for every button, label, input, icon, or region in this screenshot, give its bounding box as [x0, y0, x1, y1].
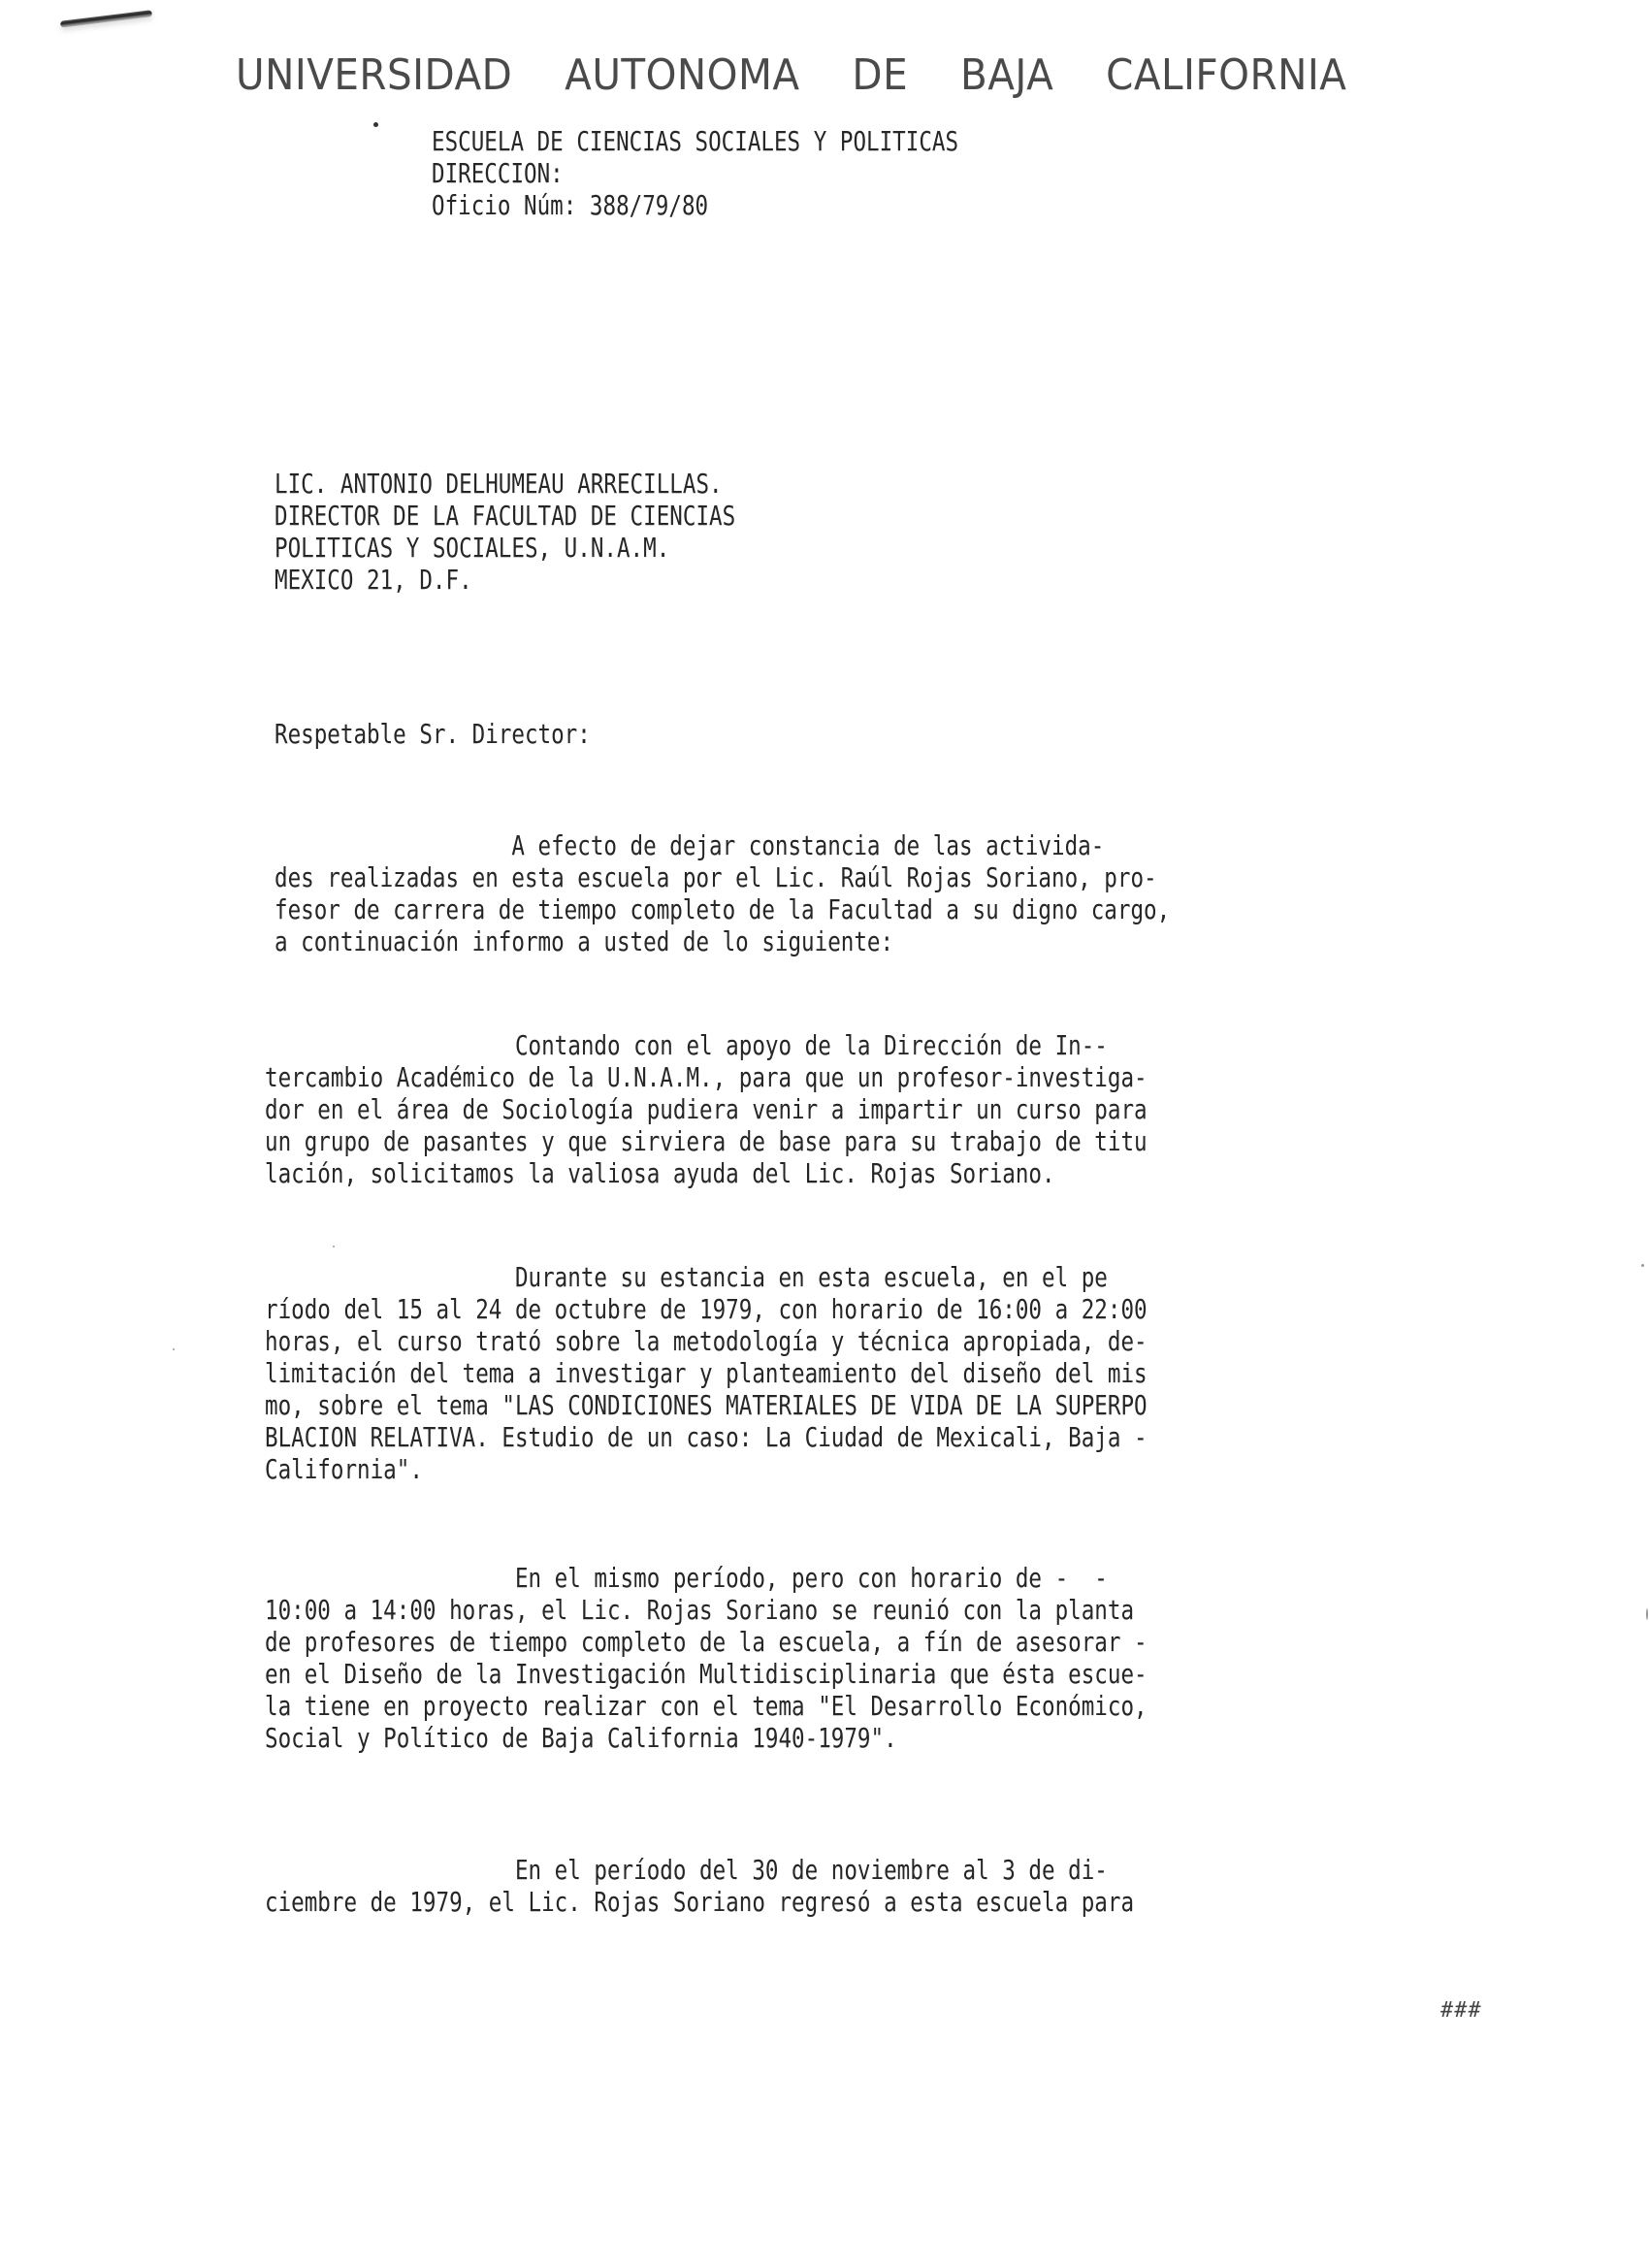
body-line: fesor de carrera de tiempo completo de l… — [275, 894, 1170, 926]
body-line: ciembre de 1979, el Lic. Rojas Soriano r… — [265, 1887, 1134, 1919]
letterhead-word: CALIFORNIA — [1106, 50, 1346, 100]
recipient-block: LIC. ANTONIO DELHUMEAU ARRECILLAS.DIRECT… — [275, 469, 735, 597]
body-line: 10:00 a 14:00 horas, el Lic. Rojas Soria… — [265, 1595, 1148, 1627]
body-line: limitación del tema a investigar y plant… — [265, 1358, 1148, 1390]
body-paragraph: En el período del 30 de noviembre al 3 d… — [265, 1855, 1134, 1919]
body-line: la tiene en proyecto realizar con el tem… — [265, 1691, 1148, 1723]
body-line: en el Diseño de la Investigación Multidi… — [265, 1659, 1148, 1691]
continuation-mark: ### — [1440, 1998, 1482, 2023]
body-line: En el mismo período, pero con horario de… — [265, 1563, 1148, 1595]
body-paragraph: Contando con el apoyo de la Dirección de… — [265, 1030, 1148, 1190]
letterhead-word: UNIVERSIDAD — [236, 50, 512, 100]
letterhead-word: BAJA — [960, 50, 1053, 100]
reference-number: Oficio Núm: 388/79/80 — [432, 190, 958, 222]
body-line: horas, el curso trató sobre la metodolog… — [265, 1326, 1148, 1358]
body-line: lación, solicitamos la valiosa ayuda del… — [265, 1158, 1148, 1190]
body-paragraph: A efecto de dejar constancia de las acti… — [275, 830, 1170, 958]
paper-speck — [333, 1246, 335, 1247]
department: DIRECCION: — [432, 158, 958, 190]
body-line: ríodo del 15 al 24 de octubre de 1979, c… — [265, 1294, 1148, 1326]
body-line: dor en el área de Sociología pudiera ven… — [265, 1094, 1148, 1126]
body-line: En el período del 30 de noviembre al 3 d… — [265, 1855, 1134, 1887]
body-paragraph: En el mismo período, pero con horario de… — [265, 1563, 1148, 1755]
body-line: a continuación informo a usted de lo sig… — [275, 926, 1170, 958]
body-line: Durante su estancia en esta escuela, en … — [265, 1262, 1148, 1294]
staple-mark — [60, 10, 152, 28]
paper-speck — [1641, 1264, 1644, 1267]
letterhead-word: AUTONOMA — [565, 50, 799, 100]
body-line: Contando con el apoyo de la Dirección de… — [265, 1030, 1148, 1062]
body-line: California". — [265, 1454, 1148, 1486]
body-paragraph: Durante su estancia en esta escuela, en … — [265, 1262, 1148, 1486]
recipient-line: MEXICO 21, D.F. — [275, 565, 735, 597]
salutation: Respetable Sr. Director: — [275, 719, 591, 751]
recipient-line: LIC. ANTONIO DELHUMEAU ARRECILLAS. — [275, 469, 735, 501]
paper-speck — [173, 1348, 175, 1350]
body-line: des realizadas en esta escuela por el Li… — [275, 862, 1170, 894]
letterhead-word: DE — [852, 50, 908, 100]
body-line: A efecto de dejar constancia de las acti… — [275, 830, 1170, 862]
body-line: BLACION RELATIVA. Estudio de un caso: La… — [265, 1422, 1148, 1454]
recipient-line: POLITICAS Y SOCIALES, U.N.A.M. — [275, 533, 735, 565]
paper-speck — [1646, 1608, 1648, 1620]
recipient-line: DIRECTOR DE LA FACULTAD DE CIENCIAS — [275, 501, 735, 533]
body-line: de profesores de tiempo completo de la e… — [265, 1627, 1148, 1659]
body-line: tercambio Académico de la U.N.A.M., para… — [265, 1062, 1148, 1094]
ink-dot — [373, 122, 378, 127]
body-line: Social y Político de Baja California 194… — [265, 1723, 1148, 1755]
letterhead-title: UNIVERSIDAD AUTONOMA DE BAJA CALIFORNIA — [236, 50, 1346, 100]
sender-header: ESCUELA DE CIENCIAS SOCIALES Y POLITICAS… — [432, 126, 958, 222]
body-line: mo, sobre el tema "LAS CONDICIONES MATER… — [265, 1390, 1148, 1422]
body-line: un grupo de pasantes y que sirviera de b… — [265, 1126, 1148, 1158]
school-name: ESCUELA DE CIENCIAS SOCIALES Y POLITICAS — [432, 126, 958, 158]
